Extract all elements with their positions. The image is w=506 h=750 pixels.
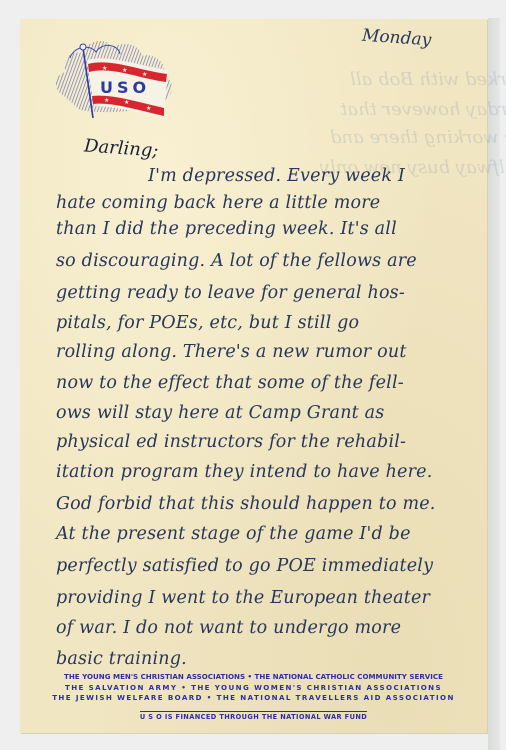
letter-line: At the present stage of the game I'd be	[56, 524, 411, 544]
svg-text:★: ★	[124, 99, 129, 106]
bleed-through-text: Yesterday however that	[340, 99, 506, 120]
svg-text:★: ★	[122, 67, 127, 74]
letter-line: God forbid that this should happen to me…	[56, 494, 436, 514]
letter-line: so discouraging. A lot of the fellows ar…	[56, 251, 417, 271]
letter-line: getting ready to leave for general hos-	[56, 283, 405, 303]
svg-text:★: ★	[102, 65, 107, 72]
letter-line: basic training.	[56, 649, 187, 669]
footer-line-3: THE JEWISH WELFARE BOARD • THE NATIONAL …	[20, 693, 487, 704]
uso-flag-logo-icon: USO ★★★ ★★★	[50, 30, 180, 120]
letter-line: now to the effect that some of the fell-	[56, 373, 404, 393]
footer-funding-note: U S O IS FINANCED THROUGH THE NATIONAL W…	[140, 711, 367, 721]
footer-line-1: THE YOUNG MEN'S CHRISTIAN ASSOCIATIONS •…	[20, 672, 487, 683]
letter-line: itation program they intend to have here…	[56, 462, 432, 482]
svg-text:★: ★	[146, 105, 151, 112]
bleed-through-text: I worked with Bob all	[350, 69, 506, 90]
svg-text:USO: USO	[100, 78, 150, 97]
svg-text:★: ★	[142, 71, 147, 78]
letter-line: perfectly satisfied to go POE immediatel…	[56, 556, 433, 576]
letter-line: rolling along. There's a new rumor out	[56, 342, 407, 362]
svg-text:★: ★	[104, 97, 109, 104]
letter-line: pitals, for POEs, etc, but I still go	[56, 313, 359, 333]
letter-line: physical ed instructors for the rehabil-	[56, 432, 406, 452]
letterhead-footer: THE YOUNG MEN'S CHRISTIAN ASSOCIATIONS •…	[20, 672, 487, 723]
letter-line: of war. I do not want to undergo more	[56, 618, 401, 638]
letter-line: hate coming back here a little more	[56, 193, 380, 213]
bleed-through-text: We working there and	[330, 127, 506, 148]
footer-line-2: THE SALVATION ARMY • THE YOUNG WOMEN'S C…	[20, 683, 487, 694]
letter-line: than I did the preceding week. It's all	[56, 219, 397, 239]
letter-line: ows will stay here at Camp Grant as	[56, 403, 384, 423]
letter-line: I'm depressed. Every week I	[148, 166, 405, 186]
letter-line: providing I went to the European theater	[56, 588, 430, 608]
